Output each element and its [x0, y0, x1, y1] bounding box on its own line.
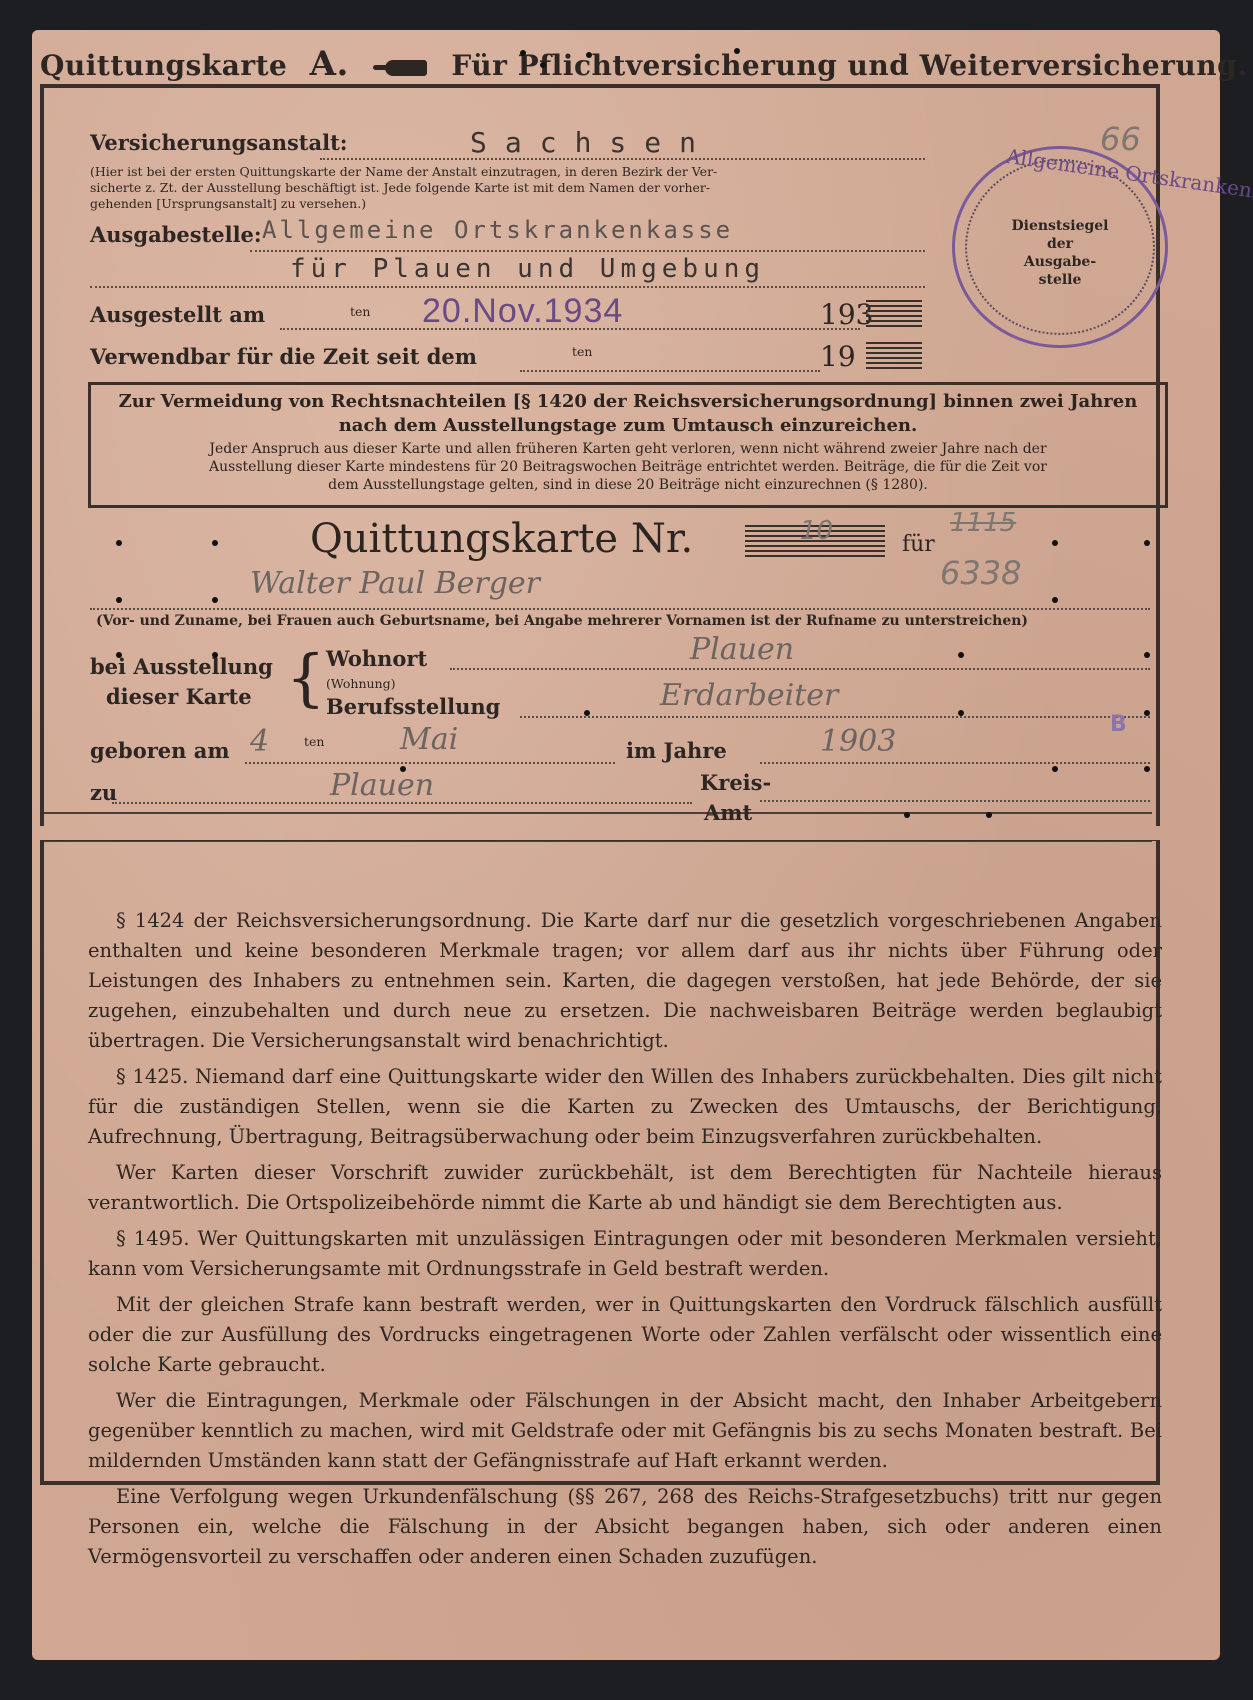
punch-hole — [986, 812, 992, 818]
geboren-ten: ten — [304, 734, 324, 749]
seal-inner-text: Dienstsiegel der Ausgabe- stelle — [955, 217, 1165, 289]
beruf-label: Berufsstellung — [326, 694, 500, 719]
dotted-line — [250, 250, 925, 252]
dotted-line — [520, 716, 1150, 718]
punch-hole — [400, 766, 406, 772]
ausgestellt-ten: ten — [350, 304, 370, 319]
punch-hole — [586, 52, 592, 58]
dieser-karte-label: dieser Karte — [106, 684, 252, 709]
ausgabestelle-line1: Allgemeine Ortskrankenkasse — [262, 216, 733, 244]
punch-hole — [1052, 597, 1058, 603]
punch-hole — [1144, 652, 1150, 658]
issue-date-stamp: 20.Nov.1934 — [422, 292, 623, 331]
versicherungsanstalt-label: Versicherungsanstalt: — [90, 130, 348, 155]
law-paragraph-1425: § 1425. Niemand darf eine Quittungskarte… — [88, 1062, 1162, 1152]
dotted-line — [245, 762, 615, 764]
jahre-value: 1903 — [820, 724, 896, 759]
dotted-line — [450, 668, 1150, 670]
notice-heading-1: Zur Vermeidung von Rechtsnachteilen [§ 1… — [91, 391, 1165, 412]
card-title: Quittungskarte A. Für Pflichtversicherun… — [40, 44, 1170, 84]
hatched-box — [866, 300, 922, 330]
punch-hole — [212, 540, 218, 546]
geboren-day: 4 — [250, 724, 269, 759]
dotted-line — [90, 608, 1150, 610]
law-paragraph-1495: § 1495. Wer Quittungskarten mit unzuläss… — [88, 1224, 1162, 1284]
name-hint: (Vor- und Zuname, bei Frauen auch Geburt… — [96, 614, 1028, 629]
law-paragraph-1495b: Mit der gleichen Strafe kann bestraft we… — [88, 1290, 1162, 1380]
amt-label: Amt — [704, 800, 752, 825]
law-paragraph-1424: § 1424 der Reichsversicherungsordnung. D… — [88, 906, 1162, 1056]
dotted-line — [760, 800, 1150, 802]
punch-hole — [520, 50, 526, 56]
legal-notice-box: Zur Vermeidung von Rechtsnachteilen [§ 1… — [88, 382, 1168, 508]
beruf-value: Erdarbeiter — [660, 678, 838, 713]
zu-value: Plauen — [330, 768, 434, 803]
verwendbar-ten: ten — [572, 344, 592, 359]
kreis-label: Kreis- — [700, 770, 771, 795]
notice-body-1: Jeder Anspruch aus dieser Karte und alle… — [91, 441, 1165, 457]
wohnort-value: Plauen — [690, 632, 794, 667]
notice-heading-2: nach dem Ausstellungstage zum Umtausch e… — [91, 415, 1165, 436]
fuer-value: 6338 — [940, 554, 1021, 592]
punch-hole — [1144, 540, 1150, 546]
notice-body-3: dem Ausstellungstage gelten, sind in die… — [91, 477, 1165, 493]
title-right: Für Pflichtversicherung und Weiterversic… — [451, 49, 1247, 82]
verwendbar-label: Verwendbar für die Zeit seit dem — [90, 344, 477, 369]
fuer-label: für — [902, 532, 935, 557]
versicherungsanstalt-value: Sachsen — [470, 126, 714, 159]
pointing-hand-icon — [385, 60, 427, 76]
law-text-block: § 1424 der Reichsversicherungsordnung. D… — [88, 906, 1162, 1578]
law-paragraph-1495c: Wer die Eintragungen, Merkmale oder Fäls… — [88, 1386, 1162, 1476]
punch-hole — [1144, 710, 1150, 716]
punch-hole — [904, 812, 910, 818]
punch-hole — [116, 652, 122, 658]
law-paragraph-1425b: Wer Karten dieser Vorschrift zuwider zur… — [88, 1158, 1162, 1218]
dotted-line — [90, 286, 925, 288]
instruction-note-1: (Hier ist bei der ersten Quittungskarte … — [90, 164, 717, 179]
geboren-month: Mai — [400, 722, 458, 757]
verwendbar-year-prefix: 19 — [820, 340, 856, 373]
holder-name: Walter Paul Berger — [250, 566, 540, 601]
notice-body-2: Ausstellung dieser Karte mindestens für … — [91, 459, 1165, 475]
punch-hole — [958, 652, 964, 658]
instruction-note-2: sicherte z. Zt. der Ausstellung beschäft… — [90, 180, 710, 195]
im-jahre-label: im Jahre — [626, 738, 727, 763]
ausgestellt-label: Ausgestellt am — [90, 302, 265, 327]
pencil-mark: 66 — [1100, 120, 1141, 158]
punch-hole — [958, 710, 964, 716]
title-left: Quittungskarte — [40, 49, 287, 82]
purple-mark: B — [1110, 712, 1127, 737]
card-number-label: Quittungskarte Nr. — [310, 516, 693, 562]
dotted-line — [520, 370, 820, 372]
seal-line: Dienstsiegel — [955, 217, 1165, 235]
ausgabestelle-label: Ausgabestelle: — [90, 222, 262, 247]
punch-hole — [116, 540, 122, 546]
ausgabestelle-line2: für Plauen und Umgebung — [290, 254, 765, 284]
punch-hole — [584, 710, 590, 716]
brace-icon: { — [286, 648, 325, 708]
wohnort-label: Wohnort — [326, 646, 427, 671]
fuer-struck-value: 1115 — [950, 508, 1016, 538]
punch-hole — [1052, 540, 1058, 546]
seal-line: stelle — [955, 271, 1165, 289]
punch-hole — [116, 597, 122, 603]
law-paragraph-urkunden: Eine Verfolgung wegen Urkundenfälschung … — [88, 1482, 1162, 1572]
punch-hole — [540, 62, 546, 68]
punch-hole — [734, 48, 740, 54]
punch-hole — [212, 597, 218, 603]
hatched-box — [866, 342, 922, 372]
punch-hole — [1052, 766, 1058, 772]
title-letter: A. — [310, 44, 349, 84]
official-seal: Allgemeine Ortskrankenkasse Dienstsiegel… — [952, 146, 1168, 348]
punch-hole — [212, 652, 218, 658]
punch-hole — [1144, 766, 1150, 772]
wohnung-label: (Wohnung) — [326, 676, 395, 691]
dotted-line — [760, 762, 1150, 764]
seal-line: Ausgabe- — [955, 253, 1165, 271]
geboren-label: geboren am — [90, 738, 230, 763]
card-number-value: 10 — [800, 516, 833, 546]
instruction-note-3: gehenden [Ursprungsanstalt] zu versehen.… — [90, 196, 366, 211]
seal-line: der — [955, 235, 1165, 253]
